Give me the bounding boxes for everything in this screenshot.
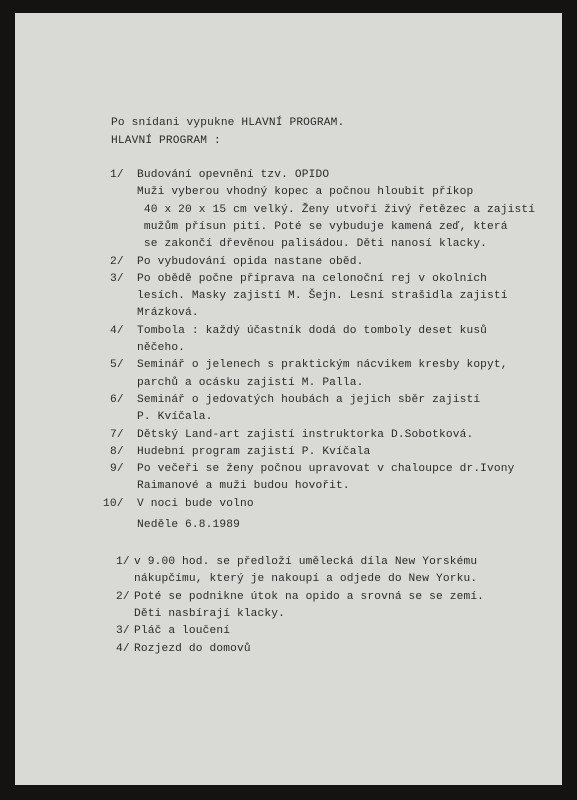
item-number: 8/ — [110, 444, 124, 461]
item-text: v 9.00 hod. se předloží umělecká díla Ne… — [134, 554, 477, 571]
item-text: Poté se podnikne útok na opido a srovná … — [134, 589, 484, 606]
item-text-continuation: se zakončí dřevěnou palisádou. Děti nano… — [137, 236, 487, 253]
item-number: 2/ — [110, 254, 124, 271]
item-text-continuation: mužům přísun pití. Poté se vybuduje kame… — [137, 219, 508, 236]
item-text: V noci bude volno — [137, 496, 254, 513]
item-text-continuation: něčeho. — [137, 340, 185, 357]
typewritten-document: Po snídani vypukne HLAVNÍ PROGRAM. HLAVN… — [15, 13, 562, 785]
item-text-continuation: Děti nasbírají klacky. — [134, 606, 285, 623]
item-text: Po obědě počne příprava na celonoční rej… — [137, 271, 487, 288]
item-text-continuation: lesích. Masky zajistí M. Šejn. Lesní str… — [137, 288, 508, 305]
program-heading: HLAVNÍ PROGRAM : — [111, 133, 221, 150]
item-text: Po vybudování opida nastane oběd. — [137, 254, 364, 271]
item-text: Rozjezd do domovů — [134, 641, 251, 658]
item-text-continuation: nákupčímu, který je nakoupí a odjede do … — [134, 571, 477, 588]
item-text: Seminář o jedovatých houbách a jejich sb… — [137, 392, 480, 409]
item-text-continuation: Muži vyberou vhodný kopec a počnou hloub… — [137, 184, 473, 201]
item-number: 3/ — [116, 623, 130, 640]
item-number: 6/ — [110, 392, 124, 409]
item-number: 1/ — [116, 554, 130, 571]
item-text: Budování opevnění tzv. OPIDO — [137, 167, 329, 184]
item-text-continuation: 40 x 20 x 15 cm velký. Ženy utvoří živý … — [137, 202, 535, 219]
intro-line: Po snídani vypukne HLAVNÍ PROGRAM. — [111, 115, 344, 132]
item-number: 7/ — [110, 427, 124, 444]
item-number: 1/ — [110, 167, 124, 184]
item-number: 5/ — [110, 357, 124, 374]
item-number: 10/ — [103, 496, 124, 513]
item-number: 2/ — [116, 589, 130, 606]
item-text: Dětský Land-art zajistí instruktorka D.S… — [137, 427, 473, 444]
item-text-continuation: Mrázková. — [137, 305, 199, 322]
item-text-continuation: Raimanové a muži budou hovořit. — [137, 478, 350, 495]
item-number: 9/ — [110, 461, 124, 478]
item-text: Po večeři se ženy počnou upravovat v cha… — [137, 461, 515, 478]
item-text: Pláč a loučení — [134, 623, 230, 640]
item-text: Hudební program zajistí P. Kvíčala — [137, 444, 370, 461]
item-number: 4/ — [110, 323, 124, 340]
item-text: Seminář o jelenech s praktickým nácvikem… — [137, 357, 508, 374]
paper-page: Po snídani vypukne HLAVNÍ PROGRAM. HLAVN… — [15, 13, 562, 785]
item-text: Tombola : každý účastník dodá do tomboly… — [137, 323, 487, 340]
sunday-heading: Neděle 6.8.1989 — [137, 517, 240, 534]
item-number: 4/ — [116, 641, 130, 658]
item-number: 3/ — [110, 271, 124, 288]
item-text-continuation: parchů a ocásku zajistí M. Palla. — [137, 375, 364, 392]
item-text-continuation: P. Kvíčala. — [137, 409, 213, 426]
